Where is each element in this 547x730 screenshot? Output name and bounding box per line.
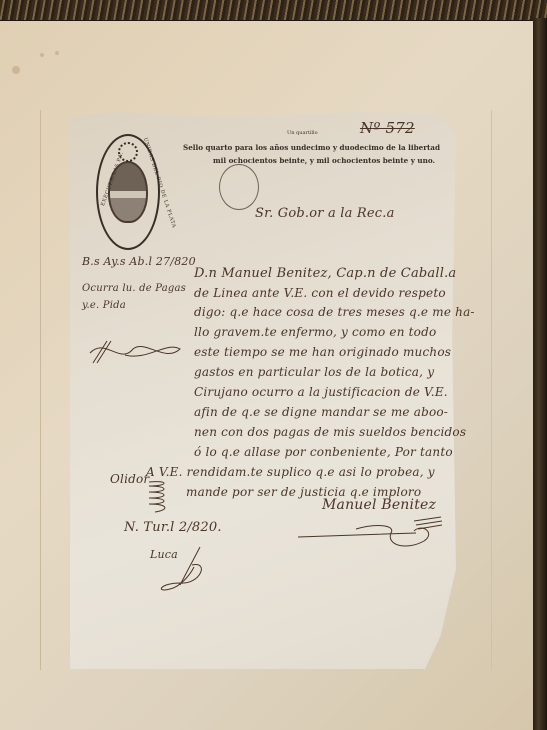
addressee: Sr. Gob.or a la Rec.a <box>255 206 395 221</box>
picture-frame-right <box>533 18 547 730</box>
body-line: este tiempo se me han originado muchos <box>194 345 451 359</box>
body-line: afin de q.e se digne mandar se me aboo- <box>194 405 448 419</box>
signature: Manuel Benitez <box>322 497 436 513</box>
body-line: de Linea ante V.E. con el devido respeto <box>194 286 446 300</box>
stain <box>12 66 20 74</box>
mat-bevel-right <box>491 110 492 670</box>
picture-frame-top <box>0 0 547 23</box>
rubric-flourish-icon <box>85 335 185 365</box>
rubric-flourish-icon <box>150 545 210 595</box>
stamp-value-caption: Un quartillo <box>287 130 318 136</box>
margin-note-date: B.s Ay.s Ab.l 27/820 <box>82 255 196 268</box>
margin-note: y.e. Pida <box>82 300 126 311</box>
lower-note: Olidor <box>110 472 149 486</box>
document-number: Nº 572 <box>360 119 415 137</box>
body-line: D.n Manuel Benitez, Cap.n de Caball.a <box>194 266 456 281</box>
printed-header-line-1: Sello quarto para los años undecimo y du… <box>183 143 440 152</box>
signature-flourish-icon <box>296 515 446 555</box>
printed-header-line-2: mil ochocientos beinte, y mil ochociento… <box>213 156 435 165</box>
body-line: Cirujano ocurro a la justificacion de V.… <box>194 385 448 399</box>
stain <box>40 53 44 57</box>
body-line: gastos en particular los de la botica, y <box>194 365 434 379</box>
body-line: A V.E. rendidam.te suplico q.e asi lo pr… <box>146 465 435 479</box>
body-line: ó lo q.e allase por conbeniente, Por tan… <box>194 445 453 459</box>
stain <box>55 51 59 55</box>
rubric-coil-icon <box>145 478 175 518</box>
lower-note: N. Tur.l 2/820. <box>124 520 222 535</box>
body-line: nen con dos pagas de mis sueldos bencido… <box>194 425 466 439</box>
coat-of-arms-seal: EXECUT.D.LAS P.V. UNIDAS DEL RIO DE LA P… <box>96 134 160 250</box>
margin-note: Ocurra lu. de Pagas <box>82 283 186 294</box>
body-line: digo: q.e hace cosa de tres meses q.e me… <box>194 305 475 319</box>
embossed-stamp <box>219 164 259 210</box>
body-line: llo gravem.te enfermo, y como en todo <box>194 325 436 339</box>
mat-bevel-left <box>40 110 41 670</box>
